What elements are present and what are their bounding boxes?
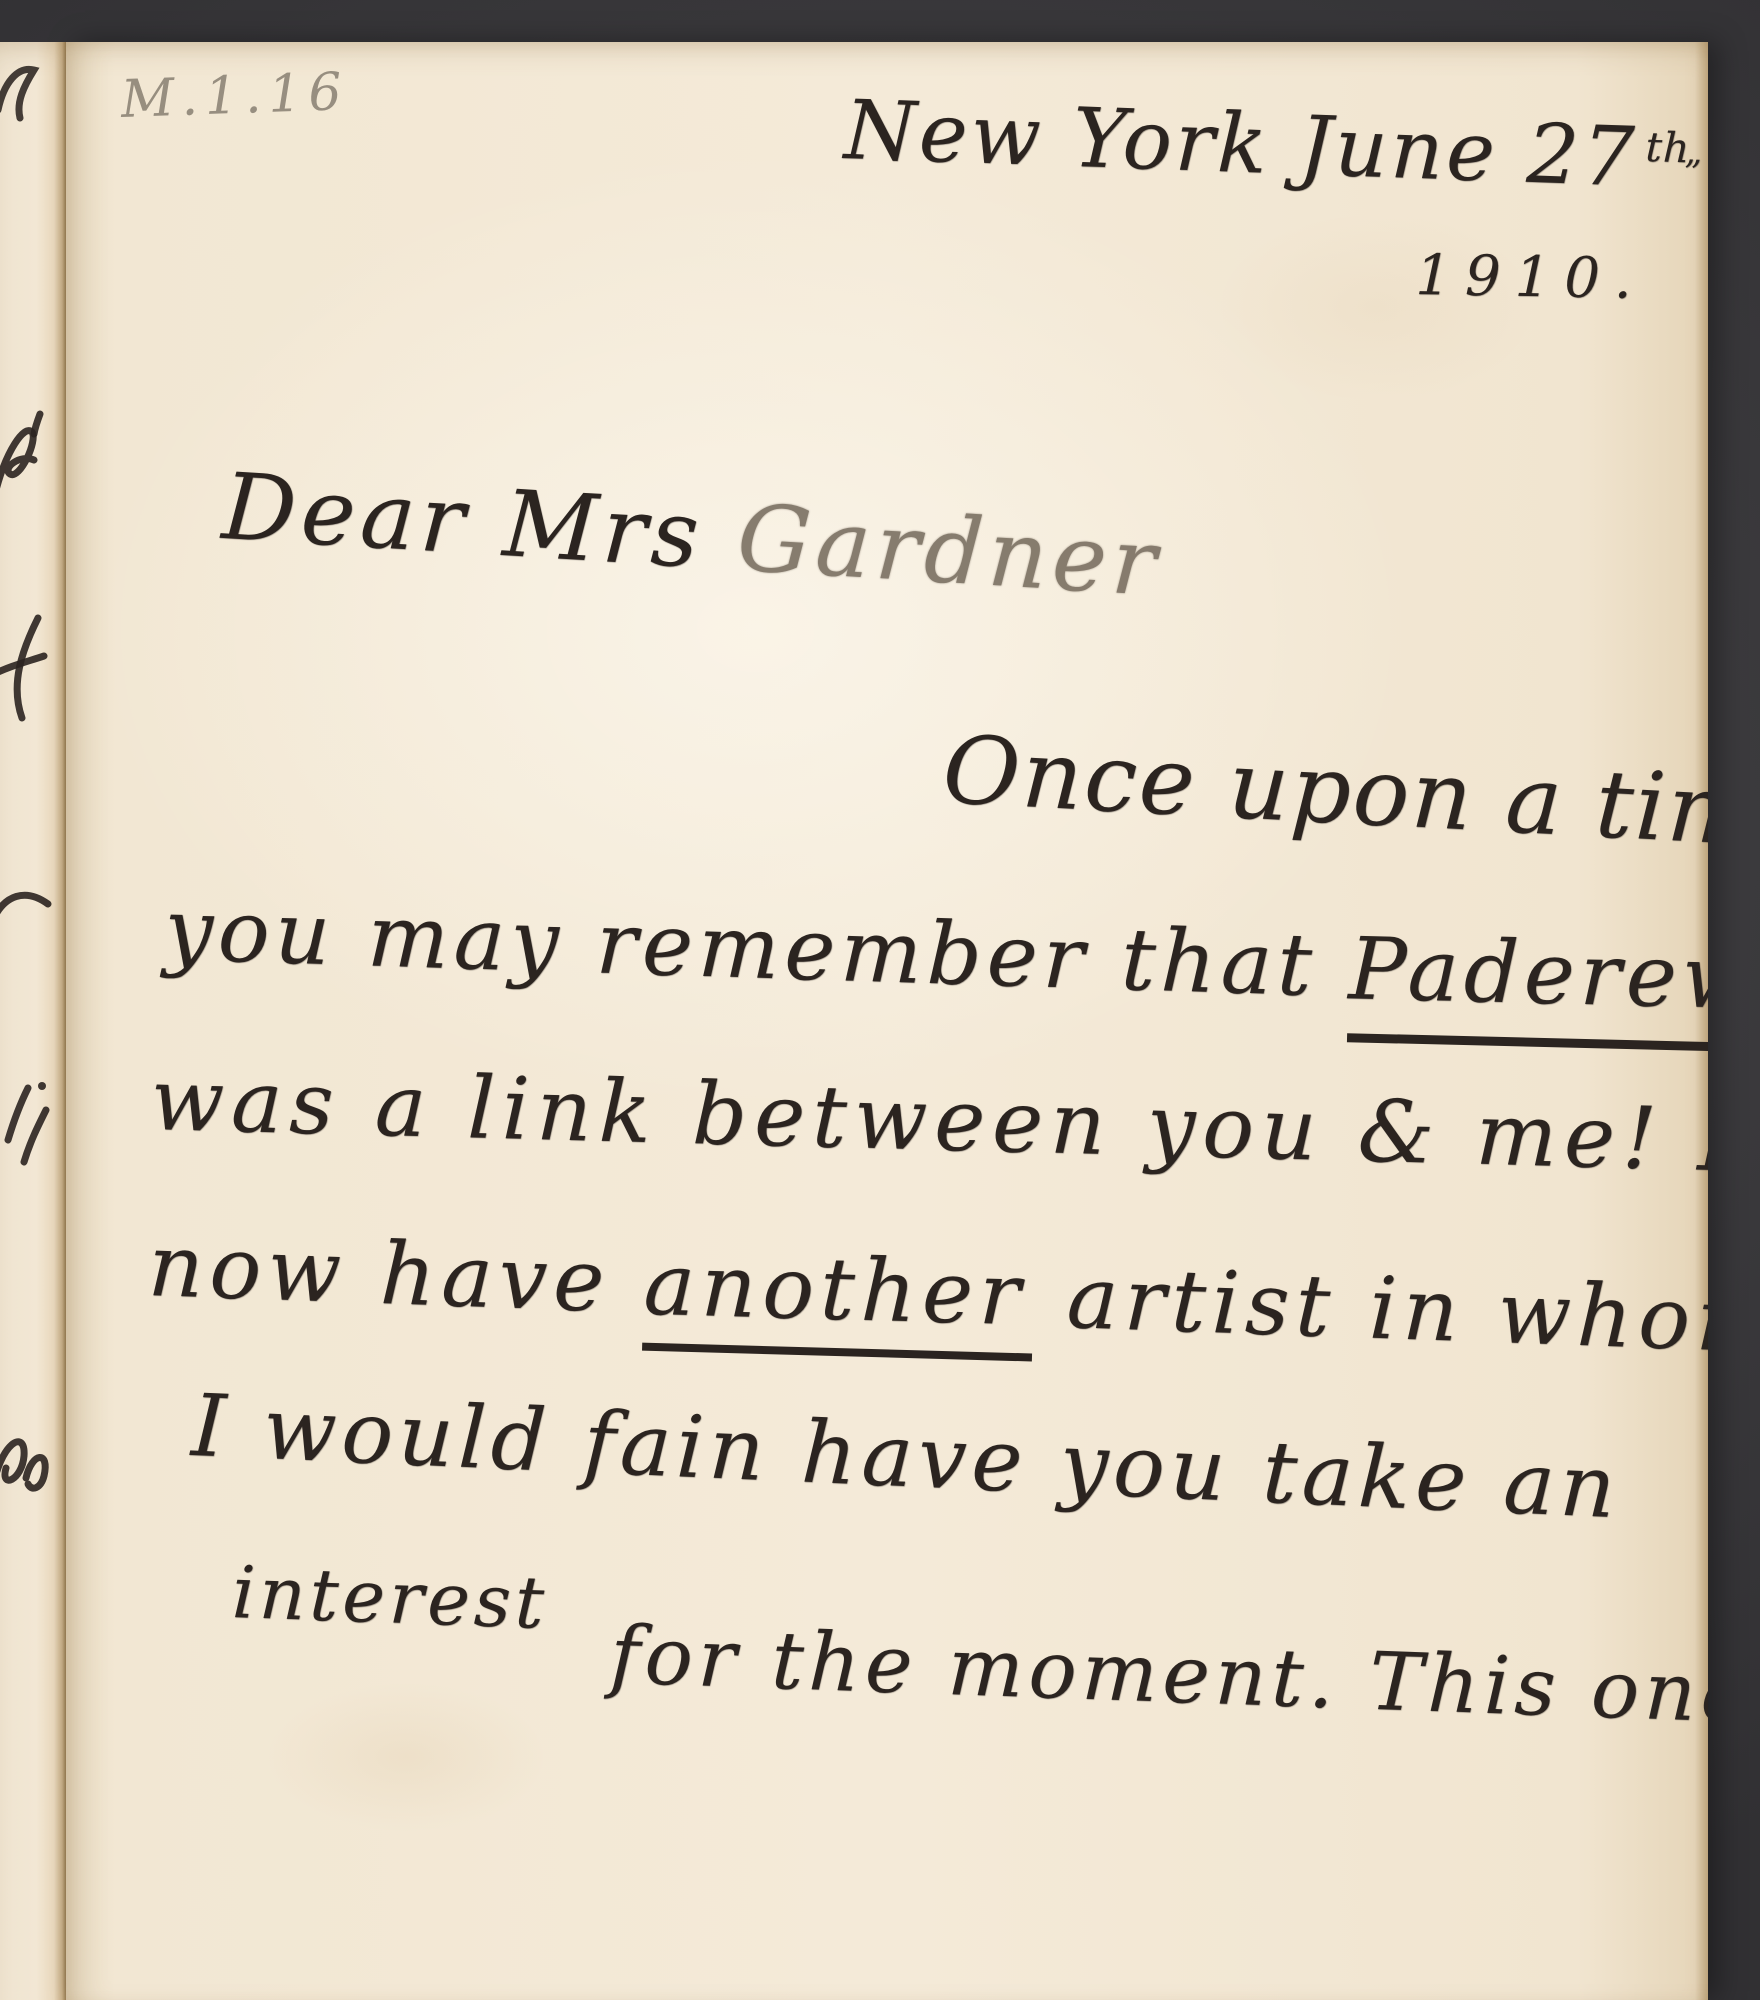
- dateline-year: 1910.: [1415, 243, 1646, 312]
- ink-fragment: [0, 1074, 54, 1194]
- body-line-3: was a link between you & me! I: [149, 1050, 1708, 1192]
- underlined-word-paderewski: Paderewski: [1347, 919, 1708, 1056]
- line6-lead: interest: [231, 1550, 550, 1645]
- ink-fragment: [0, 394, 54, 514]
- dateline-tick: ”: [1683, 153, 1705, 194]
- body-line-2: you may remember that Paderewski: [162, 880, 1708, 1058]
- body-line-6: interestfor the moment. This one: [231, 1543, 1708, 1689]
- line6-tail: for the moment. This one: [609, 1608, 1708, 1741]
- salutation: Dear Mrs Gardner: [219, 453, 1164, 617]
- ink-fragment: [0, 610, 52, 730]
- ink-fragment: [0, 1408, 58, 1518]
- ink-fragment: [0, 870, 52, 940]
- letter-page: M.1.16 New York June 27th” 1910. Dear Mr…: [66, 42, 1708, 2000]
- scanned-letter-photo: M.1.16 New York June 27th” 1910. Dear Mr…: [0, 0, 1760, 2000]
- body-line-opening: Once upon a time: [940, 716, 1708, 871]
- dateline-place-date: New York June 27: [843, 83, 1639, 206]
- paper-stain: [266, 1682, 546, 1832]
- catalog-mark-pencil: M.1.16: [120, 62, 350, 130]
- line2-lead: you may remember that: [163, 880, 1351, 1017]
- dateline: New York June 27th”: [843, 83, 1707, 208]
- salutation-lead: Dear Mrs: [219, 453, 740, 591]
- body-line-4: now have another artist in whom: [146, 1216, 1708, 1389]
- salutation-name-faded: Gardner: [734, 484, 1164, 617]
- adjacent-page-edge: [0, 42, 66, 2000]
- ink-fragment: [0, 60, 46, 124]
- underlined-word-another: another: [642, 1235, 1035, 1362]
- line4-lead: now have: [147, 1216, 646, 1333]
- body-line-5: I would fain have you take an: [190, 1376, 1623, 1538]
- line4-tail: artist in whom: [1032, 1247, 1708, 1373]
